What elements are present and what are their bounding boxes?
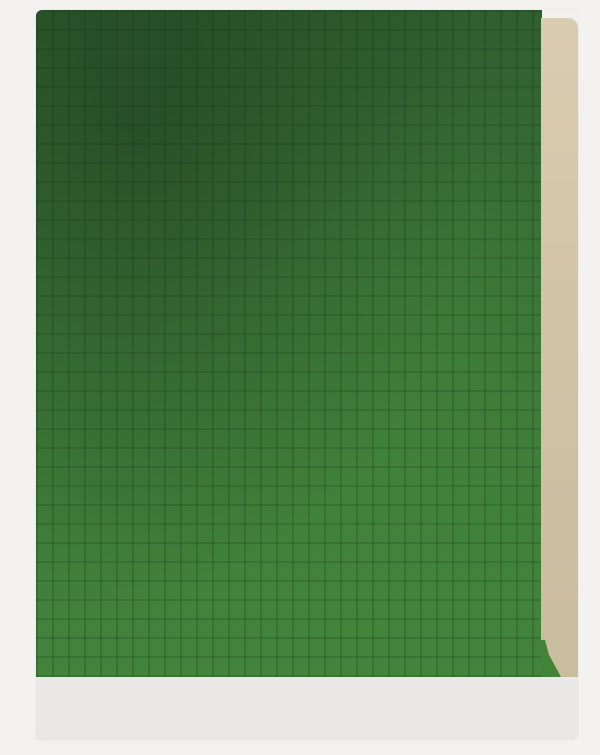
green-painted-field bbox=[36, 10, 542, 677]
tan-paper-strip bbox=[541, 18, 578, 677]
bottom-pale-band bbox=[36, 677, 578, 740]
